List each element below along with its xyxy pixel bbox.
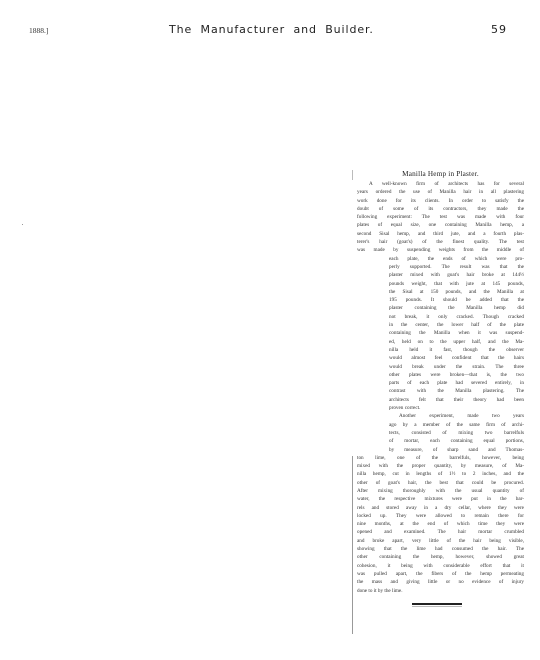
article-body: A well-known firm of architects has for … [357, 180, 524, 595]
text-line: terer's hair (goat's) of the finest qual… [357, 238, 524, 246]
journal-title: The Manufacturer and Builder. [169, 23, 374, 36]
scan-speck [22, 224, 23, 225]
text-line: years ordered the use of Manilla hair in… [357, 188, 524, 196]
text-line: parts of each plate had severed entirely… [389, 379, 524, 387]
text-line: and broke apart, very little of the hair… [357, 537, 524, 545]
text-line: would break under the strain. The three [389, 363, 524, 371]
text-line: was pulled apart, the fibers of the hemp… [357, 570, 524, 578]
text-line: nilla held it fast, though the observer [389, 346, 524, 354]
column-rule-top [352, 170, 353, 180]
text-line: other plates were broken—that is, the tw… [389, 371, 524, 379]
article: Manilla Hemp in Plaster. A well-known fi… [357, 170, 524, 595]
text-line: pounds weight, that with jute at 145 pou… [389, 280, 524, 288]
text-line: of mortar, each containing equal portion… [389, 437, 524, 445]
text-line: plaster containing the Manilla hemp did [389, 304, 524, 312]
text-line: ton lime, one of the barrelfuls, however… [357, 454, 524, 462]
text-line: would almost feel confident that the hai… [389, 354, 524, 362]
text-line: 195 pounds. It should be added that the [389, 296, 524, 304]
text-line: in the center, the lower half of the pla… [389, 321, 524, 329]
text-line: proven correct. [389, 404, 524, 412]
text-line: rels and stored away in a dry cellar, wh… [357, 504, 524, 512]
text-line: not break, it only cracked. Though crack… [389, 313, 524, 321]
text-line: containing the Manilla when it was suspe… [389, 329, 524, 337]
text-line: the mass and giving little or no evidenc… [357, 578, 524, 586]
text-line: After mixing thoroughly with the usual q… [357, 487, 524, 495]
text-line: locked up. They were allowed to remain t… [357, 512, 524, 520]
text-line: by measure, of sharp sand and Thomas- [389, 446, 524, 454]
text-line: water, the respective mixtures were put … [357, 495, 524, 503]
text-line: other of goat's hair, the best that coul… [357, 479, 524, 487]
text-line: mixed with the proper quantity, by measu… [357, 462, 524, 470]
column-rule-bottom [352, 456, 353, 634]
text-line: done to it by the lime. [357, 587, 524, 595]
text-line: work done for its clients. In order to s… [357, 197, 524, 205]
text-line: the Sisal at 150 pounds, and the Manilla… [389, 288, 524, 296]
text-line: A well-known firm of architects has for … [369, 180, 524, 188]
text-line: perly supported. The result was that the [389, 263, 524, 271]
text-line: architects felt that their theory had be… [389, 396, 524, 404]
text-line: nine months, at the end of which time th… [357, 520, 524, 528]
text-line: ed, held on to the upper half, and the M… [389, 338, 524, 346]
text-line: doubt of some of its contractors, they m… [357, 205, 524, 213]
page-header: 1888.] The Manufacturer and Builder. 59 [0, 0, 540, 40]
end-of-article-rule [412, 603, 462, 605]
text-line: plaster mixed with goat's hair broke at … [389, 271, 524, 279]
page-number: 59 [491, 23, 507, 36]
text-line: contrast with the Manilla plastering. Th… [389, 387, 524, 395]
article-title: Manilla Hemp in Plaster. [357, 170, 524, 178]
text-line: opened and examined. The hair mortar cru… [357, 528, 524, 536]
text-line: showing that the lime had consumed the h… [357, 545, 524, 553]
text-line: plates of equal size, one containing Man… [357, 221, 524, 229]
text-line: second Sisal hemp, and third jute, and a… [357, 230, 524, 238]
text-line: cohesion, it being with considerable eff… [357, 562, 524, 570]
text-line: each plate, the ends of which were pro- [389, 255, 524, 263]
text-line: tects, consisted of mixing two barrelful… [389, 429, 524, 437]
text-line: Another experiment, made two years [399, 412, 524, 420]
end-of-article-rule-shadow [412, 606, 462, 607]
text-line: other containing the hemp, however, show… [357, 553, 524, 561]
text-line: following experiment: The test was made … [357, 213, 524, 221]
text-line: ago by a member of the same firm of arch… [389, 421, 524, 429]
text-line: nilla hemp, cut in lengths of 1½ to 2 in… [357, 470, 524, 478]
text-line: was made by suspending weights from the … [357, 246, 524, 254]
header-year: 1888.] [29, 26, 48, 35]
